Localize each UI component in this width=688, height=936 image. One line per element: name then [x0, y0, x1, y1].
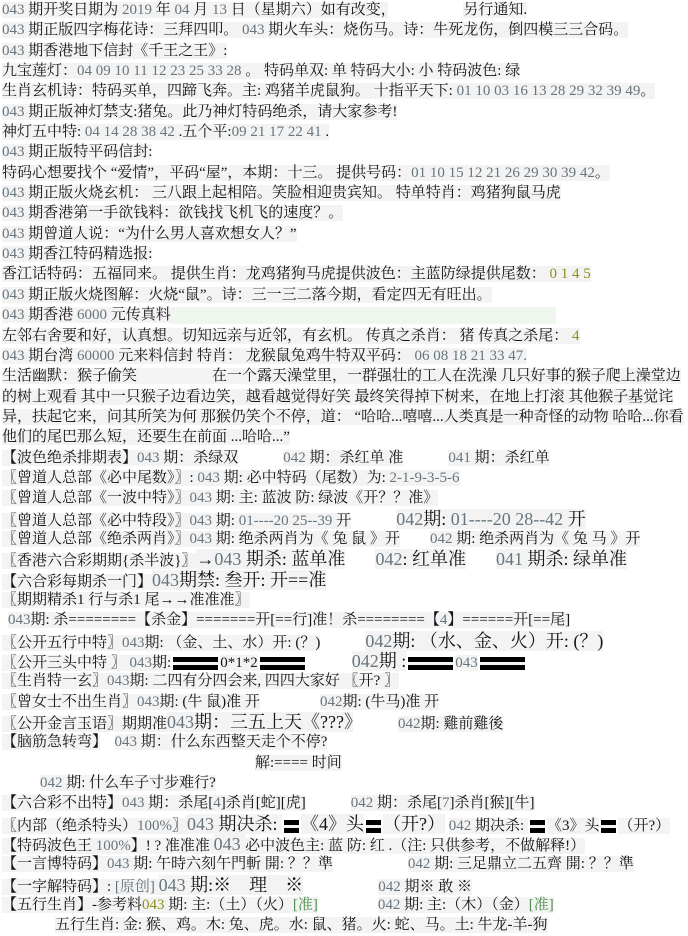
text-segment: 【波色绝杀排期表】 — [2, 450, 137, 466]
text-segment: 期正版四字梅花诗：三拜四叩。 — [28, 22, 242, 38]
text-segment: 043 — [107, 673, 130, 689]
text-segment: 。 — [640, 83, 655, 99]
text-segment: 期：三五上天《???》 — [194, 712, 353, 732]
text-segment: 〖生肖特一玄〗 — [2, 673, 107, 689]
text-segment: 043 — [197, 470, 223, 486]
black-bars-glyph — [480, 657, 525, 670]
text-segment: 043 — [214, 834, 246, 854]
text-segment — [333, 856, 408, 872]
text-segment: 13 — [212, 2, 227, 18]
line-wuxing-zhongte: 〖公开五行中特〗043期: （金、土、水）开: (？) 042期: （水、金、火… — [0, 631, 688, 651]
text-segment — [351, 513, 396, 529]
text-segment — [353, 716, 398, 732]
black-bars-glyph — [260, 657, 305, 670]
text-segment: 期: 三足鼎立二五齊 開: ？？準 — [434, 856, 634, 872]
text-segment: 043 — [2, 185, 28, 201]
text-segment: 043 — [115, 734, 141, 750]
text-segment: 2019 — [122, 2, 152, 18]
line-sha-yimen: 【六合彩每期杀一门】043期禁: 叁开: 开==准 — [0, 570, 688, 590]
text-segment: 期: 必中特码（尾数）为: — [224, 470, 390, 486]
text-segment: 〖曾道人总部《绝杀两肖》〗 — [2, 531, 190, 547]
text-segment: 期: 雞前雞後 — [421, 716, 504, 732]
text-segment: 043 — [2, 307, 28, 323]
text-segment: 香江话特码：五福同来。 提供生肖：龙鸡猪狗马虎提供波色：主蓝防绿提供尾数： — [2, 266, 550, 282]
text-segment: 元传真料 — [107, 307, 171, 323]
text-segment: 期正版火烧玄机： 三八跟上起相陪。笑脸相迎贵宾知。 特单特肖：鸡猪狗鼠马虎 — [28, 185, 561, 201]
text-segment: 01 10 03 16 13 28 29 32 39 49 — [457, 83, 641, 99]
text-segment: 042 — [398, 716, 421, 732]
text-segment: 043 — [159, 875, 191, 895]
black-bars-glyph — [366, 820, 381, 833]
text-segment: 月 — [190, 2, 213, 18]
line-teping-envelope-title: 043 期正版特平码信封: — [0, 142, 688, 162]
line-shendeng-ban: 043 期正版神灯禁支:猪兔。此乃神灯特码绝杀，请大家参考! — [0, 102, 688, 122]
text-segment: 06 08 18 21 33 47. — [415, 348, 528, 364]
text-segment: 04 14 28 38 42 — [85, 124, 175, 140]
text-segment — [320, 635, 365, 651]
text-segment: 神灯五中特: — [2, 124, 85, 140]
text-segment: 041 — [448, 450, 474, 466]
line-jingsha-detail: 043期: 杀========【杀金】=======开[==行]准！杀=====… — [0, 610, 688, 630]
text-segment: 043 — [2, 348, 28, 364]
text-segment: 期香港地下信封《千王之王》: — [28, 43, 227, 59]
line-buchute: 【六合彩不出特】043 期：杀尾[4]杀肖[蛇][虎] 042 期：杀尾[7]杀… — [0, 793, 688, 813]
text-segment: 〖曾道人总部《必中特段》〗 — [2, 513, 190, 529]
text-segment: 042 — [352, 651, 379, 671]
text-segment: 期火车头：烧伤马。诗：牛死龙伤，倒四模三三合码。 — [268, 22, 628, 38]
text-segment: 〖香港六合彩期期{杀半波}〗 — [2, 553, 196, 569]
text-segment: : 红单准 — [402, 549, 466, 569]
line-wuxing-shengxiao-map: 五行生肖: 金: 猴、鸡。木: 兔、虎。水: 鼠、猪。火: 蛇、马。土: 牛龙-… — [0, 915, 688, 935]
text-segment: 九宝莲灯： — [2, 63, 77, 79]
text-segment — [388, 2, 463, 18]
text-segment: 期: — [152, 655, 171, 671]
text-segment: .五个平: — [175, 124, 232, 140]
text-segment: 期香港第一手欲钱料：欲钱找飞机飞的速度？。 — [28, 205, 343, 221]
text-segment: 期决杀: — [219, 814, 283, 834]
line-brain-teaser-042: 042 期: 什么车子寸步难行? — [0, 773, 688, 793]
line-sha-banbo: 〖香港六合彩期期{杀半波}〗→043 期杀: 蓝单准 042: 红单准 041 … — [0, 549, 688, 569]
text-segment: 期: （水、金、火）开: (？) — [392, 631, 603, 651]
text-segment: 期台湾 — [28, 348, 77, 364]
line-santou-zhongte: 〖公开三头中特 〗 043期:0*1*2 042期 :043 — [0, 651, 688, 671]
text-segment: 043 — [122, 635, 145, 651]
text-segment: 042 — [396, 509, 423, 529]
lottery-info-sheet: 043 期开奖日期为 2019 年 04 月 13 日（星期六）如有改变， 另行… — [0, 0, 688, 936]
line-yizi-jie-tema: 【一字解特码】: [原创] 043 期:※ 理 ※ 042 期※ 敢 ※ — [0, 875, 688, 895]
text-segment: 042 — [449, 818, 475, 834]
text-segment: 开 — [563, 509, 586, 529]
text-segment: 042 — [351, 795, 377, 811]
text-segment: 042 — [320, 694, 343, 710]
text-segment: 期：什么东西整天走个不停? — [141, 734, 328, 750]
line-wuxing-shengxiao-liao: 【五行生肖】-参考料043 期: 主:（土）（火）[准] 042 期: 主:（木… — [0, 895, 688, 915]
text-segment: 042 — [283, 450, 309, 466]
text-segment: 期: (牛马)准 开 — [342, 694, 439, 710]
text-segment — [100, 734, 115, 750]
text-segment: 左邻右舍要和好，认真想。切知远亲与近邻，有玄机。 传真之杀肖： 猪 传真之杀尾： — [2, 328, 568, 344]
text-segment: 042 — [365, 631, 392, 651]
text-segment: 042 — [40, 775, 66, 791]
line-jiubaolian-numbers: 九宝莲灯：04 09 10 11 12 23 25 33 28 。 特码单双: … — [0, 61, 688, 81]
text-segment: 60000 — [77, 348, 115, 364]
text-segment: 043 — [122, 795, 148, 811]
text-segment — [400, 531, 430, 547]
line-bose-wang: 【特码波色王 100%】! ? 准准准 043 必中波色主: 蓝 防: 红 .（… — [0, 834, 688, 854]
text-segment: 解:==== 时间 — [255, 755, 342, 771]
text-segment: 4 — [213, 795, 221, 811]
text-segment: 期: 午時六刻午門斬 開: ？？準 — [133, 856, 333, 872]
line-bose-juesha: 【波色绝杀排期表】043 期：杀绿双 042 期：杀红单 准 041 期：杀红单 — [0, 448, 688, 468]
black-bars-glyph — [173, 657, 218, 670]
line-bizhong-teduan: 〖曾道人总部《必中特段》〗043 期: 01----20 25--39 开 04… — [0, 509, 688, 529]
text-segment: 〖曾道人总部《一波中特》〗 — [2, 490, 190, 506]
text-segment: ]杀肖[猴][牛] — [450, 795, 535, 811]
text-segment: 043 — [130, 655, 153, 671]
text-segment: 〖曾道人总部《必中尾数》〗: — [2, 470, 197, 486]
text-segment: 。 特码单双: 单 特码大小: 小 特码波色: 绿 — [241, 63, 520, 79]
line-fax-kill: 左邻右舍要和好，认真想。切知远亲与近邻，有玄机。 传真之杀肖： 猪 传真之杀尾：… — [0, 326, 688, 346]
text-segment: 必中波色主: 蓝 防: 红 .（注: 只供参考，不做解释!） — [245, 838, 585, 854]
line-huoshao-tujie: 043 期正版火烧图解：火烧“鼠”。诗：三一三二落今期，看定四无有旺出。 — [0, 285, 688, 305]
text-segment: 期杀: 蓝单准 — [241, 549, 345, 569]
text-segment — [238, 450, 283, 466]
text-segment: → — [196, 549, 214, 569]
text-segment: 元来料信封 特肖： 龙猴鼠兔鸡牛特双平码： — [115, 348, 415, 364]
text-segment: 042 — [378, 897, 404, 913]
text-segment: 期: 什么车子寸步难行? — [66, 775, 216, 791]
text-segment: 期曾道人说：“为什么男人喜欢想女人？” — [28, 226, 296, 242]
text-segment — [318, 897, 378, 913]
line-shengxiao-poem: 生肖玄机诗：特码买单，四蹄飞奔。主: 鸡猪羊虎鼠狗。 十指平天下: 01 10 … — [0, 81, 688, 101]
line-life-humor: 生活幽默：猴子偷笑 在一个露天澡堂里，一群强壮的工人在洗澡 几只好事的猴子爬上澡… — [0, 366, 688, 447]
text-segment: 042 — [378, 879, 404, 895]
text-segment: 特码心想要找个 “爱情”，平码“屋”，本期：十三。 提供号码： — [2, 165, 411, 181]
text-segment: 042 — [430, 531, 456, 547]
text-segment: 043 — [2, 43, 28, 59]
text-segment: 】! ? 准准准 — [131, 838, 214, 854]
text-segment: 〖公开金言玉语〗期期准 — [2, 716, 167, 732]
text-segment: 期: (牛 鼠)准 开 — [160, 694, 260, 710]
text-segment: 期: 二四有分四会来, 四四大家好 〖开? 〗 — [130, 673, 400, 689]
text-segment: 期: 主:（土）（火） — [168, 897, 293, 913]
text-segment: 01----20 25--39 — [239, 513, 333, 529]
text-segment: （开?） — [618, 818, 670, 834]
text-segment: 期：杀绿双 — [163, 450, 238, 466]
text-segment: 【特码波色王 — [2, 838, 96, 854]
text-segment: 〖内部（绝杀特头） — [2, 818, 137, 834]
line-jingsha-title: 〖期期精杀1 行与杀1 尾→→准准准〗 — [0, 590, 688, 610]
text-segment — [345, 553, 375, 569]
text-segment: 期决杀: — [475, 818, 528, 834]
text-segment: 期：杀红单 — [475, 450, 550, 466]
text-segment: 开 — [332, 513, 351, 529]
text-segment: 043 — [2, 246, 28, 262]
text-segment — [303, 879, 378, 895]
text-segment: 〖曾女士不出生肖〗 — [2, 694, 137, 710]
text-segment: 期：杀尾[ — [377, 795, 442, 811]
text-segment: 04 — [175, 2, 190, 18]
line-teping-numbers: 特码心想要找个 “爱情”，平码“屋”，本期：十三。 提供号码：01 10 15 … — [0, 163, 688, 183]
line-juesha-liangxiao: 〖曾道人总部《绝杀两肖》〗043 期: 绝杀两肖为《 兔 鼠 》开 042 期:… — [0, 529, 688, 549]
text-segment: 另行通知. — [463, 2, 527, 18]
line-jinyan-yuyu: 〖公开金言玉语〗期期准043期：三五上天《???》 042期: 雞前雞後 — [0, 712, 688, 732]
text-segment: . — [322, 124, 330, 140]
text-segment: 《3》头 — [547, 818, 600, 834]
text-segment: 年 — [152, 2, 175, 18]
black-bars-glyph — [408, 657, 453, 670]
text-segment: 期开奖日期为 — [28, 2, 122, 18]
text-segment: 09 21 17 22 41 — [232, 124, 322, 140]
text-segment: 043 — [107, 856, 133, 872]
line-zengnvshi-buchu: 〖曾女士不出生肖〗043期: (牛 鼠)准 开 042期: (牛马)准 开 — [0, 692, 688, 712]
text-segment: 期香港 — [28, 307, 77, 323]
line-taiwan-60000: 043 期台湾 60000 元来料信封 特肖： 龙猴鼠兔鸡牛特双平码： 06 0… — [0, 346, 688, 366]
text-segment — [403, 450, 448, 466]
text-segment — [260, 694, 320, 710]
line-xiangjiang-report-title: 043 期香江特码精选报: — [0, 244, 688, 264]
text-segment: 期: 主:（木）（金） — [404, 897, 529, 913]
line-zengdaoren-says: 043 期曾道人说：“为什么男人喜欢想女人？” — [0, 224, 688, 244]
text-segment: 期禁: 叁开: 开==准 — [179, 570, 326, 590]
text-segment: 043 — [190, 490, 216, 506]
text-segment: 042 — [408, 856, 434, 872]
line-yuqian-liao: 043 期香港第一手欲钱料：欲钱找飞机飞的速度？。 — [0, 203, 688, 223]
black-bars-glyph — [284, 820, 299, 833]
text-segment: 五行生肖: 金: 猴、鸡。木: 兔、虎。水: 鼠、猪。火: 蛇、马。土: 牛龙-… — [55, 917, 548, 933]
text-segment: 043 — [455, 655, 478, 671]
text-segment: 期 : — [379, 651, 407, 671]
line-yiyanbo-tema: 【一言博特码】043 期: 午時六刻午門斬 開: ？？準 042 期: 三足鼎立… — [0, 854, 688, 874]
text-segment: 6000 — [77, 307, 107, 323]
line-huoshao-xuanji: 043 期正版火烧玄机： 三八跟上起相陪。笑脸相迎贵宾知。 特单特肖：鸡猪狗鼠马… — [0, 183, 688, 203]
text-segment: 7 — [442, 795, 450, 811]
line-shendeng-wuzhongte: 神灯五中特: 04 14 28 38 42 .五个平:09 21 17 22 4… — [0, 122, 688, 142]
text-segment: 期※ 敢 ※ — [404, 879, 472, 895]
text-segment: 01 10 15 12 21 26 29 30 39 42 — [411, 165, 595, 181]
text-segment: 2-1-9-3-5-6 — [390, 470, 460, 486]
text-segment: 043 — [242, 22, 268, 38]
text-segment: 043 — [214, 549, 241, 569]
text-segment: 100% — [96, 838, 131, 854]
text-segment: 。 — [595, 165, 610, 181]
line-hk-6000-fax: 043 期香港 6000 元传真料 — [0, 305, 688, 325]
text-segment: 043 — [142, 897, 168, 913]
text-segment: 【六合彩每期杀一门】 — [2, 574, 152, 590]
text-segment: 【一字解特码】: — [2, 879, 115, 895]
line-yibo-zhongte: 〖曾道人总部《一波中特》〗043 期: 主: 蓝波 防: 绿波《开？？准》 — [0, 488, 688, 508]
text-segment: （开?） — [383, 814, 445, 834]
text-segment: 043 — [2, 104, 28, 120]
text-segment — [306, 795, 351, 811]
line-brain-teaser-answer: 解:==== 时间 — [0, 753, 688, 773]
text-segment: 043 — [137, 450, 163, 466]
line-shengxiao-teyixuan: 〖生肖特一玄〗043期: 二四有分四会来, 四四大家好 〖开? 〗 — [0, 671, 688, 691]
text-segment: 期: — [216, 513, 239, 529]
text-segment: 期: （金、土、水）开: (？) — [145, 635, 321, 651]
text-segment: 《4》头 — [301, 814, 364, 834]
text-segment: 043 — [8, 612, 31, 628]
text-segment: 043 — [2, 226, 28, 242]
text-segment: 期正版神灯禁支:猪兔。此乃神灯特码绝杀，请大家参考! — [28, 104, 397, 120]
text-segment: 【一言博特码】 — [2, 856, 107, 872]
text-segment: 100% — [137, 818, 172, 834]
text-segment: 】======开[==尾] — [447, 612, 570, 628]
text-segment: 期：杀红单 准 — [310, 450, 404, 466]
text-segment: 0 1 4 5 — [550, 266, 591, 282]
text-segment: 期: 杀========【杀金】=======开[==行]准！杀========… — [31, 612, 440, 628]
text-segment: [原创] — [115, 879, 159, 895]
line-draw-date: 043 期开奖日期为 2019 年 04 月 13 日（星期六）如有改变， 另行… — [0, 0, 688, 20]
text-segment: 043 — [152, 570, 179, 590]
text-segment: 043 — [2, 144, 28, 160]
text-segment: 043 — [2, 22, 28, 38]
text-segment: 043 — [2, 2, 28, 18]
line-xiangjiang-tema: 香江话特码：五福同来。 提供生肖：龙鸡猪狗马虎提供波色：主蓝防绿提供尾数： 0 … — [0, 264, 688, 284]
line-hk-envelope-title: 043 期香港地下信封《千王之王》: — [0, 41, 688, 61]
text-segment: 期: — [423, 509, 451, 529]
text-segment: 期杀: 绿单准 — [523, 549, 627, 569]
text-segment: 043 — [2, 287, 28, 303]
text-segment: ]杀肖[蛇][虎] — [221, 795, 306, 811]
text-segment: 期: 绝杀两肖为《 兔 鼠 》开 — [216, 531, 400, 547]
text-segment: 生活幽默：猴子偷笑 在一个露天澡堂里，一群强壮的工人在洗澡 几只好事的猴子爬上澡… — [2, 368, 684, 445]
text-segment: 期：杀尾[ — [148, 795, 213, 811]
text-segment: 期:※ 理 ※ — [190, 875, 303, 895]
text-segment — [466, 553, 496, 569]
text-segment: 【脑筋急转弯】 — [2, 734, 100, 750]
text-segment: 043 — [137, 694, 160, 710]
text-segment: 042 — [375, 549, 402, 569]
text-segment: 〖期期精杀1 行与杀1 尾→→准准准〗 — [2, 592, 250, 608]
text-segment: 4 — [568, 328, 579, 344]
text-segment: 043 — [2, 205, 28, 221]
text-segment: 041 — [496, 549, 523, 569]
line-bizhong-weishu: 〖曾道人总部《必中尾数》〗: 043 期: 必中特码（尾数）为: 2-1-9-3… — [0, 468, 688, 488]
text-segment: 〖公开三头中特 〗 — [2, 655, 130, 671]
black-bars-glyph — [530, 820, 545, 833]
black-bars-glyph — [601, 820, 616, 833]
green-highlight-patch — [171, 307, 556, 324]
line-brain-teaser-043: 【脑筋急转弯】 043 期：什么东西整天走个不停? — [0, 732, 688, 752]
text-segment: 01----20 28--42 — [451, 509, 563, 529]
text-segment: 日（星期六）如有改变， — [227, 2, 388, 18]
text-segment: 04 09 10 11 12 23 25 33 28 — [77, 63, 241, 79]
text-segment: 0*1*2 — [220, 655, 258, 671]
text-segment: 【五行生肖】-参考料 — [2, 897, 142, 913]
text-segment: 期香江特码精选报: — [28, 246, 152, 262]
text-segment: 期正版火烧图解：火烧“鼠”。诗：三一三二落今期，看定四无有旺出。 — [28, 287, 491, 303]
text-segment: 043 — [167, 712, 194, 732]
text-segment: [准] — [293, 897, 318, 913]
text-segment: 〖公开五行中特〗 — [2, 635, 122, 651]
text-segment: 【六合彩不出特】 — [2, 795, 122, 811]
text-segment: 043 — [190, 513, 216, 529]
text-segment — [307, 655, 352, 671]
line-meihua-poem: 043 期正版四字梅花诗：三拜四叩。 043 期火车头：烧伤马。诗：牛死龙伤，倒… — [0, 20, 688, 40]
text-segment: 期: 绝杀两肖为《 兔 马 》开 — [456, 531, 640, 547]
text-segment: 043 — [187, 814, 219, 834]
text-segment: 〗 — [172, 818, 187, 834]
text-segment: 043 — [190, 531, 216, 547]
text-segment: 期: 主: 蓝波 防: 绿波《开？？准》 — [216, 490, 439, 506]
text-segment: [准] — [529, 897, 554, 913]
text-segment: 期正版特平码信封: — [28, 144, 152, 160]
text-segment: 生肖玄机诗：特码买单，四蹄飞奔。主: 鸡猪羊虎鼠狗。 十指平天下: — [2, 83, 457, 99]
line-juesha-tetou: 〖内部（绝杀特头）100%〗043 期决杀: 《4》头（开?） 042 期决杀:… — [0, 814, 688, 834]
